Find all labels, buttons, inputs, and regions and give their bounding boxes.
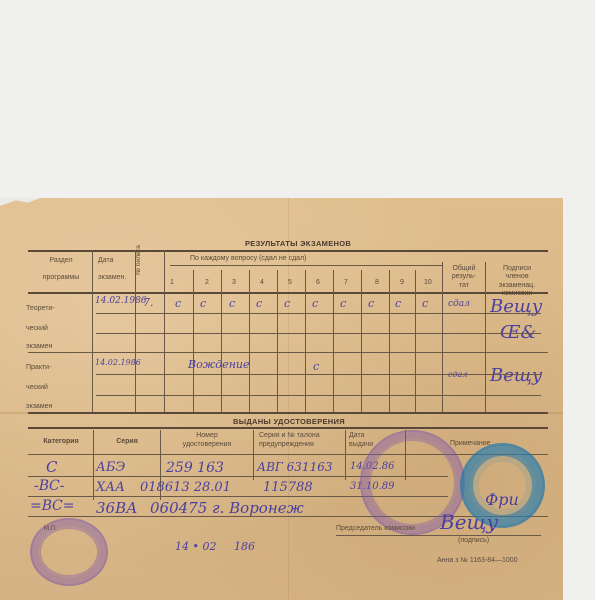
header-number: Номер удостоверения (162, 431, 252, 449)
header-q1: 1 (170, 278, 174, 289)
row-theory-label-3: экзамен (26, 343, 52, 350)
q-line (277, 270, 278, 412)
header-q5: 5 (288, 278, 292, 289)
handwritten-date: 14 • 02 186 (175, 540, 255, 553)
q-line (389, 270, 390, 412)
issued-2-warning: 115788 (263, 480, 313, 495)
theory-result: сдал (448, 299, 470, 309)
header-warning: Серия и № талона предупреждения (255, 431, 345, 449)
q-line (333, 270, 334, 412)
header-ticket: № билета (134, 240, 144, 280)
ledger-line (96, 333, 541, 334)
header-q2: 2 (205, 278, 209, 289)
issued-2-number: 018613 28.01 (140, 480, 231, 495)
col-line (164, 250, 165, 412)
theory-date: 14.02.1986 (95, 296, 147, 306)
issued-2-series: ХАА (96, 480, 125, 495)
col-line (485, 262, 486, 412)
results-title: РЕЗУЛЬТАТЫ ЭКЗАМЕНОВ (245, 239, 351, 248)
header-q8: 8 (375, 278, 379, 289)
header-warning-line2: предупреждения (259, 440, 345, 449)
q-line (361, 270, 362, 412)
theory-q1: с (175, 297, 181, 310)
issued-3-series: 36ВА (96, 499, 137, 517)
practice-date: 14.02.1986 (95, 358, 141, 367)
results-bottom-rule (28, 412, 548, 414)
q-line (415, 270, 416, 412)
issued-title: ВЫДАНЫ УДОСТОВЕРЕНИЯ (233, 417, 345, 426)
header-per-question: По каждому вопросу (сдал не сдал) (190, 254, 420, 265)
issued-1-warning: АВГ 631163 (257, 460, 332, 474)
row-theory-label-2: ческий (26, 325, 48, 332)
row-practice-label-2: ческий (26, 384, 48, 391)
header-sig-line1: Подписи (487, 265, 547, 273)
header-date-line1: Дата (98, 256, 135, 267)
col-line (93, 430, 94, 500)
paper-tear (0, 198, 40, 206)
header-q9: 9 (400, 278, 404, 289)
row-practice-label-1: Практи- (26, 364, 51, 371)
theory-q3: с (229, 297, 235, 310)
header-section: Раздел программы (30, 256, 92, 284)
header-date-line2: экзамен. (98, 273, 135, 284)
col-line (345, 430, 346, 480)
issued-1-number: 259 163 (166, 460, 224, 476)
theory-q7: с (340, 297, 346, 310)
col-line (253, 430, 254, 480)
ledger-line (96, 395, 541, 396)
blue-stamp-signature: Фри (485, 490, 519, 509)
ledger-line (96, 374, 541, 375)
table-top-rule (28, 250, 548, 252)
theory-q8: с (368, 297, 374, 310)
row-theory-label-1: Теорети- (26, 305, 55, 312)
signature-caption: (подпись) (458, 537, 489, 544)
theory-q4: с (256, 297, 262, 310)
header-q7: 7 (344, 278, 348, 289)
theory-ticket: 7. (143, 296, 154, 309)
chairman-line (336, 535, 541, 536)
theory-q9: с (395, 297, 401, 310)
q-line (249, 270, 250, 412)
chairman-signature: Вещу (440, 510, 498, 534)
practice-signature: Вещу (490, 365, 542, 386)
header-number-line1: Номер (162, 431, 252, 440)
header-date: Дата экзамен. (94, 256, 135, 284)
header-warning-line1: Серия и № талона (259, 431, 345, 440)
theory-q5: с (284, 297, 290, 310)
header-overall-line2: резуль- (444, 273, 484, 281)
theory-q10: с (422, 297, 428, 310)
row-practice-label-3: экзамен (26, 403, 52, 410)
header-category: Категория (30, 437, 92, 448)
header-overall: Общий резуль- тат (444, 265, 484, 290)
seal-stamp-left (30, 518, 108, 586)
issued-1-series: АБЭ (96, 460, 125, 475)
q-line (305, 270, 306, 412)
header-series: Серия (95, 437, 159, 448)
header-sig-line2: членов (487, 273, 547, 281)
header-q4: 4 (260, 278, 264, 289)
header-overall-line3: тат (444, 282, 484, 290)
header-number-line2: удостоверения (162, 440, 252, 449)
ledger-line (96, 313, 541, 314)
col-line (92, 250, 93, 412)
header-section-line1: Раздел (30, 256, 92, 267)
header-signatures: Подписи членов экзаменац. комиссии (487, 265, 547, 299)
q-line (221, 270, 222, 412)
header-q3: 3 (232, 278, 236, 289)
header-q6: 6 (316, 278, 320, 289)
issued-top-rule (28, 427, 548, 429)
header-sig-line3: экзаменац. (487, 282, 547, 290)
question-group-rule (170, 265, 442, 266)
theory-q6: с (312, 297, 318, 310)
theory-q2: с (200, 297, 206, 310)
issued-3-category: =ВС= (30, 498, 74, 514)
form-code: Анна з № 1163-84—1000 (437, 557, 518, 564)
practice-note: Вождение (188, 358, 250, 371)
practice-q6: с (313, 360, 319, 373)
issued-header-rule (28, 454, 548, 455)
row-divider (28, 352, 548, 353)
issued-2-category: -ВС- (34, 478, 64, 494)
issued-1-category: С (46, 458, 57, 476)
header-bottom-rule (28, 292, 548, 294)
stamp-place-label: М.П. (44, 526, 57, 532)
q-line (193, 270, 194, 412)
chairman-label: Председатель комиссии (336, 525, 415, 532)
header-section-line2: программы (30, 273, 92, 284)
header-q10: 10 (424, 278, 432, 289)
header-overall-line1: Общий (444, 265, 484, 273)
issued-3-number: 060475 г. Воронеж (150, 499, 304, 517)
col-line (442, 262, 443, 412)
